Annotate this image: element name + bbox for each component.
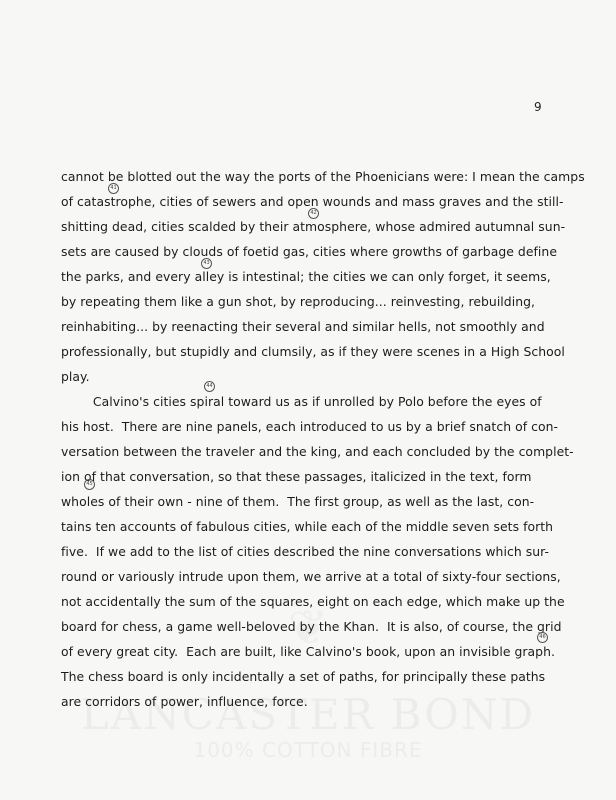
text-line: of every great city. Each are built, lik… <box>61 644 555 660</box>
text-line: by repeating them like a gun shot, by re… <box>61 294 535 310</box>
footnote-marker: 42 <box>308 208 319 219</box>
text-line: the parks, and every alley is intestinal… <box>61 269 551 285</box>
text-line: shitting dead, cities scalded by their a… <box>61 219 565 235</box>
text-line: sets are caused by clouds of foetid gas,… <box>61 244 557 260</box>
text-line: not accidentally the sum of the squares,… <box>61 594 565 610</box>
text-line: round or variously intrude upon them, we… <box>61 569 561 585</box>
footnote-marker: 45 <box>84 479 95 490</box>
footnote-marker: 46 <box>537 632 548 643</box>
footnote-marker: 44 <box>204 381 215 392</box>
text-line: his host. There are nine panels, each in… <box>61 419 558 435</box>
watermark-subtitle: 100% COTTON FIBRE <box>0 738 616 762</box>
text-line: wholes of their own - nine of them. The … <box>61 494 534 510</box>
text-line: professionally, but stupidly and clumsil… <box>61 344 565 360</box>
text-line: play. <box>61 369 90 385</box>
text-line: five. If we add to the list of cities de… <box>61 544 549 560</box>
page-number: 9 <box>534 100 542 114</box>
text-line: The chess board is only incidentally a s… <box>61 669 545 685</box>
text-line: versation between the traveler and the k… <box>61 444 574 460</box>
text-line: Calvino's cities spiral toward us as if … <box>61 394 542 410</box>
text-line: reinhabiting... by reenacting their seve… <box>61 319 545 335</box>
document-page: ❦ LANCASTER BOND 100% COTTON FIBRE 9 can… <box>0 0 616 800</box>
text-line: are corridors of power, influence, force… <box>61 694 308 710</box>
text-line: cannot be blotted out the way the ports … <box>61 169 585 185</box>
footnote-marker: 41 <box>108 183 119 194</box>
text-line: ion of that conversation, so that these … <box>61 469 532 485</box>
text-line: tains ten accounts of fabulous cities, w… <box>61 519 553 535</box>
text-line: board for chess, a game well-beloved by … <box>61 619 561 635</box>
footnote-marker: 43 <box>201 258 212 269</box>
